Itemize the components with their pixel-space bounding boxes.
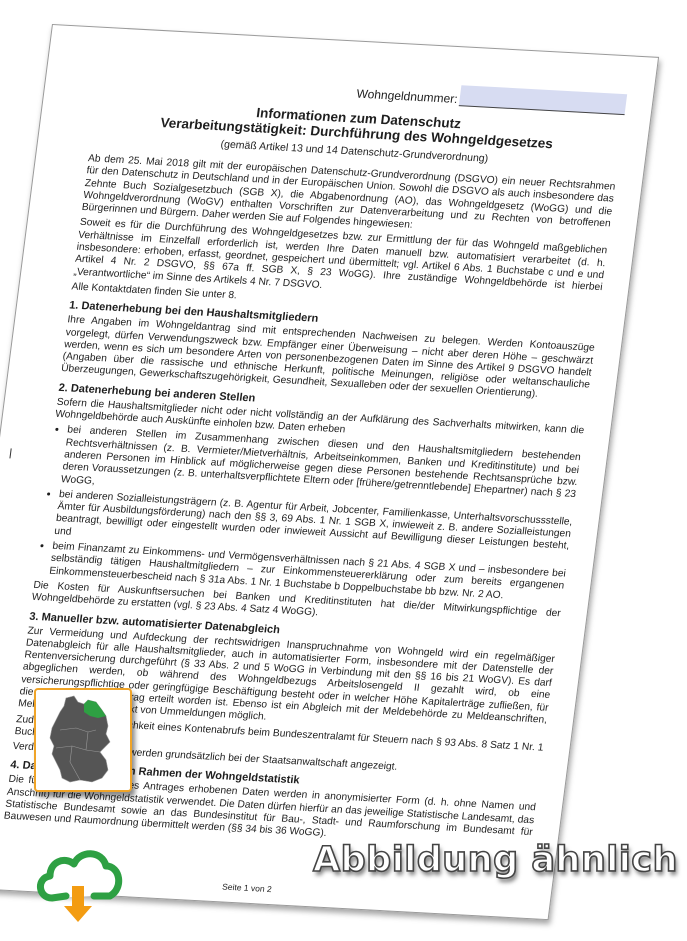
wohngeldnummer-label: Wohngeldnummer: — [356, 87, 459, 106]
germany-map-badge — [34, 688, 132, 792]
germany-map-icon — [36, 690, 130, 790]
fold-mark — [9, 448, 11, 458]
section-2-list: bei anderen Stellen im Zusammenhang zwis… — [34, 424, 581, 605]
cloud-download-icon — [30, 838, 130, 928]
wohngeldnummer-field[interactable] — [459, 85, 627, 115]
watermark-text: Abbildung ähnlich — [313, 840, 678, 880]
cloud-download-badge[interactable] — [30, 838, 130, 918]
